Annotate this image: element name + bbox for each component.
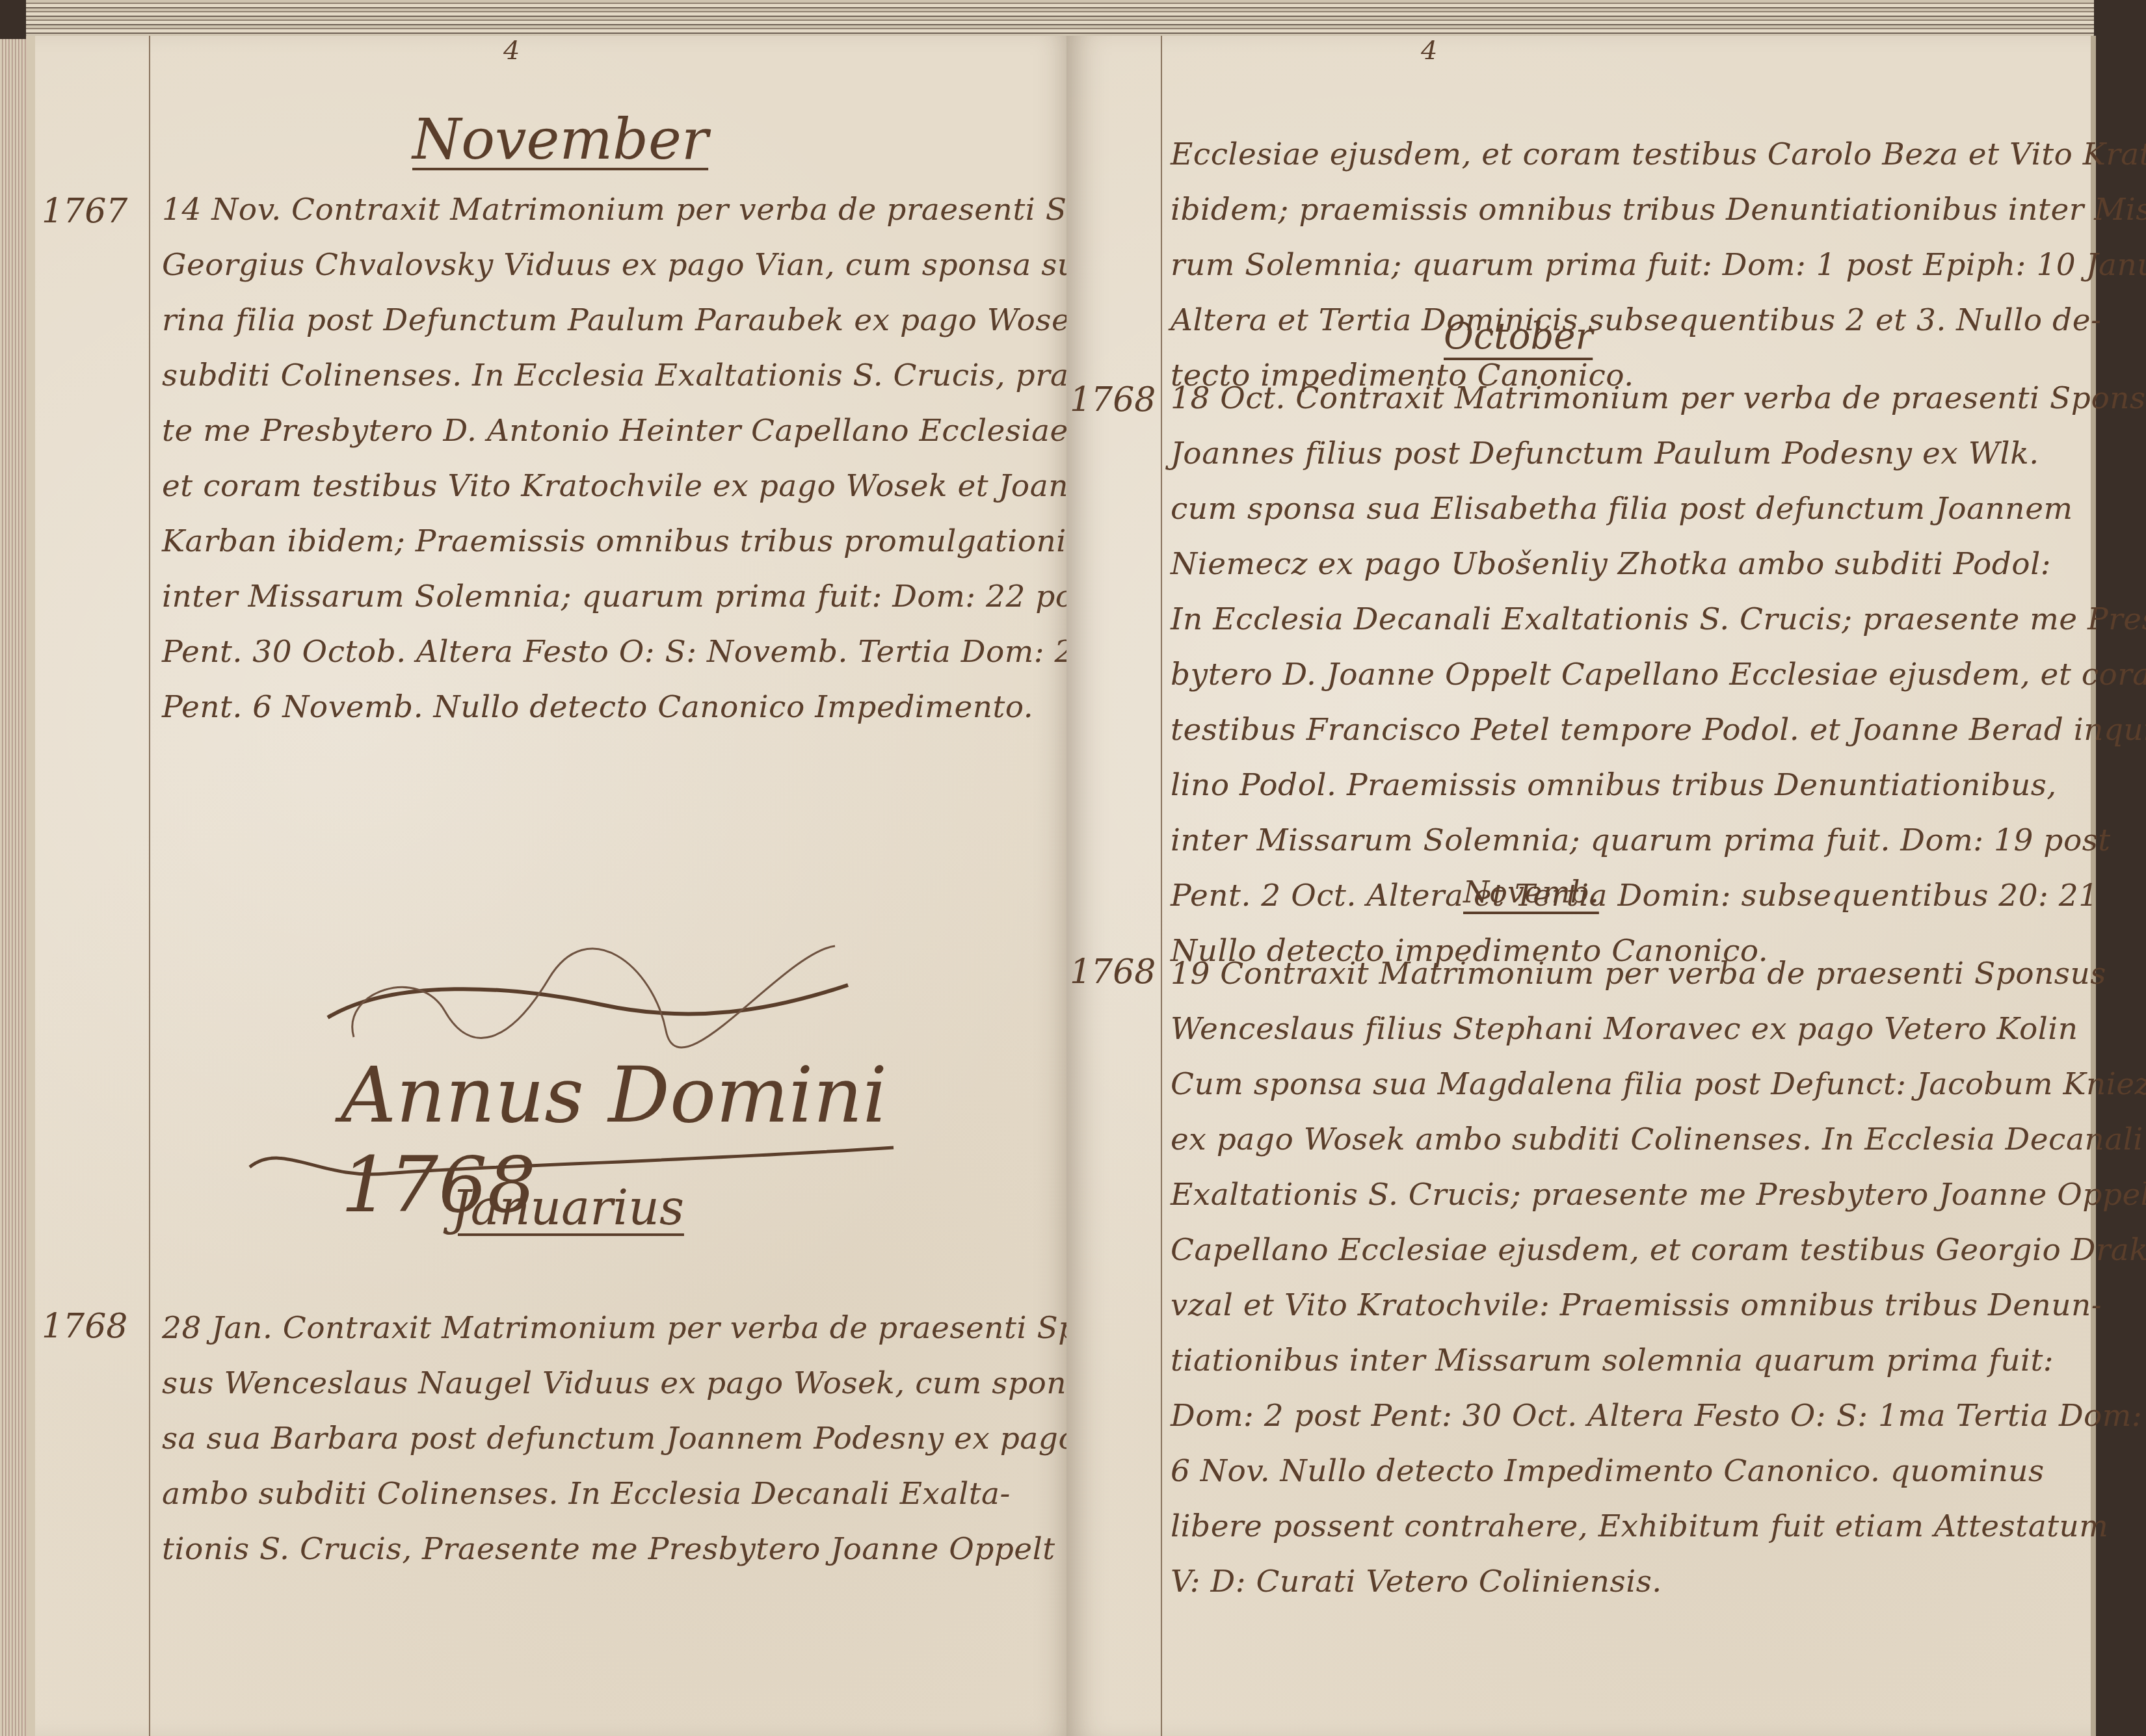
month-heading-november: Novemb. [1463,875,1599,910]
margin-rule [149,36,150,1736]
folio-mark: 4 [1421,36,1437,66]
month-heading-november: November [412,107,708,172]
marriage-entry: 14 Nov. Contraxit Matrimonium per verba … [162,182,1210,735]
marriage-entry: 19 Contraxit Matrimonium per verba de pr… [1171,946,2146,1609]
left-page: 4 November 1767 14 Nov. Contraxit Matrim… [26,36,1076,1736]
margin-rule [1161,36,1162,1736]
entry-year: 1767 [42,192,127,231]
month-heading-october: October [1444,315,1593,358]
marriage-entry: 18 Oct. Contraxit Matrimonium per verba … [1171,371,2146,979]
entry-year: 1768 [1070,953,1156,992]
marriage-entry: 28 Jan. Contraxit Matrimonium per verba … [162,1300,1223,1577]
entry-year: 1768 [1070,380,1156,419]
right-page: 4 Ecclesiae ejusdem, et coram testibus C… [1066,36,2096,1736]
entry-continuation: Ecclesiae ejusdem, et coram testibus Car… [1171,127,2146,403]
folio-mark: 4 [503,36,520,66]
page-edge-stack [0,39,26,1736]
open-register-book: 4 November 1767 14 Nov. Contraxit Matrim… [0,0,2146,1736]
month-heading-januarius: Januarius [451,1180,684,1236]
entry-year: 1768 [42,1307,127,1346]
decorative-flourish [315,940,900,1057]
